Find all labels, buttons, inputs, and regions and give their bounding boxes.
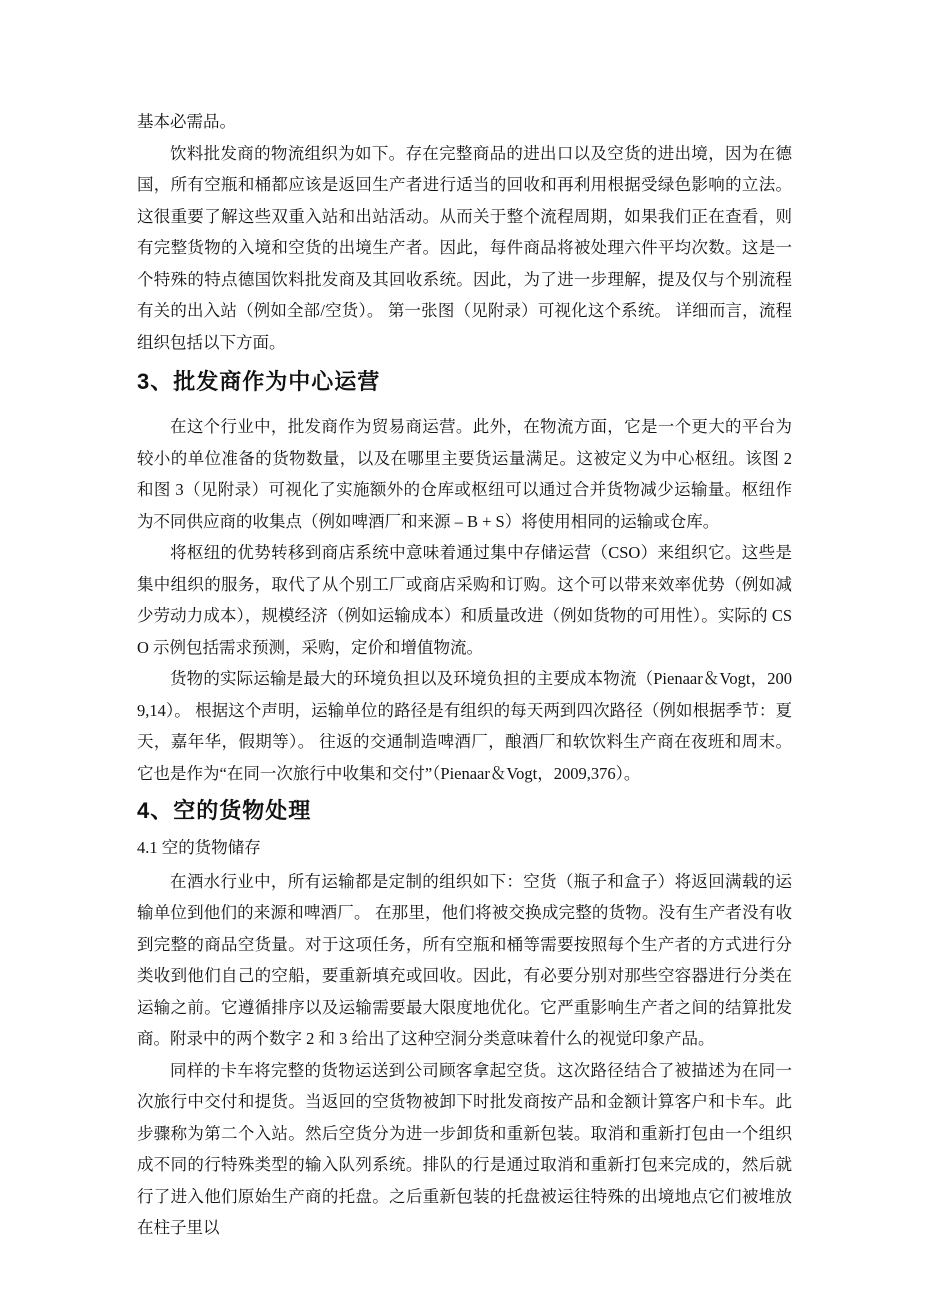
- section-4-subheading: 4.1 空的货物储存: [137, 832, 792, 864]
- section-3-heading: 3、批发商作为中心运营: [137, 367, 792, 396]
- paragraph-intro: 饮料批发商的物流组织为如下。存在完整商品的进出口以及空货的进出境，因为在德国，所…: [137, 138, 792, 359]
- document-page: 基本必需品。 饮料批发商的物流组织为如下。存在完整商品的进出口以及空货的进出境，…: [0, 0, 926, 1309]
- section-4-paragraph-1: 在酒水行业中，所有运输都是定制的组织如下：空货（瓶子和盒子）将返回满载的运输单位…: [137, 866, 792, 1055]
- section-3-paragraph-1: 在这个行业中，批发商作为贸易商运营。此外，在物流方面，它是一个更大的平台为较小的…: [137, 411, 792, 537]
- section-3-paragraph-2: 将枢纽的优势转移到商店系统中意味着通过集中存储运营（CSO）来组织它。这些是集中…: [137, 537, 792, 663]
- section-3-paragraph-3: 货物的实际运输是最大的环境负担以及环境负担的主要成本物流（Pienaar＆Vog…: [137, 663, 792, 789]
- document-content: 基本必需品。 饮料批发商的物流组织为如下。存在完整商品的进出口以及空货的进出境，…: [137, 106, 792, 1244]
- section-4-heading: 4、空的货物处理: [137, 796, 792, 825]
- section-4-paragraph-2: 同样的卡车将完整的货物运送到公司顾客拿起空货。这次路径结合了被描述为在同一次旅行…: [137, 1055, 792, 1244]
- paragraph-continuation: 基本必需品。: [137, 106, 792, 138]
